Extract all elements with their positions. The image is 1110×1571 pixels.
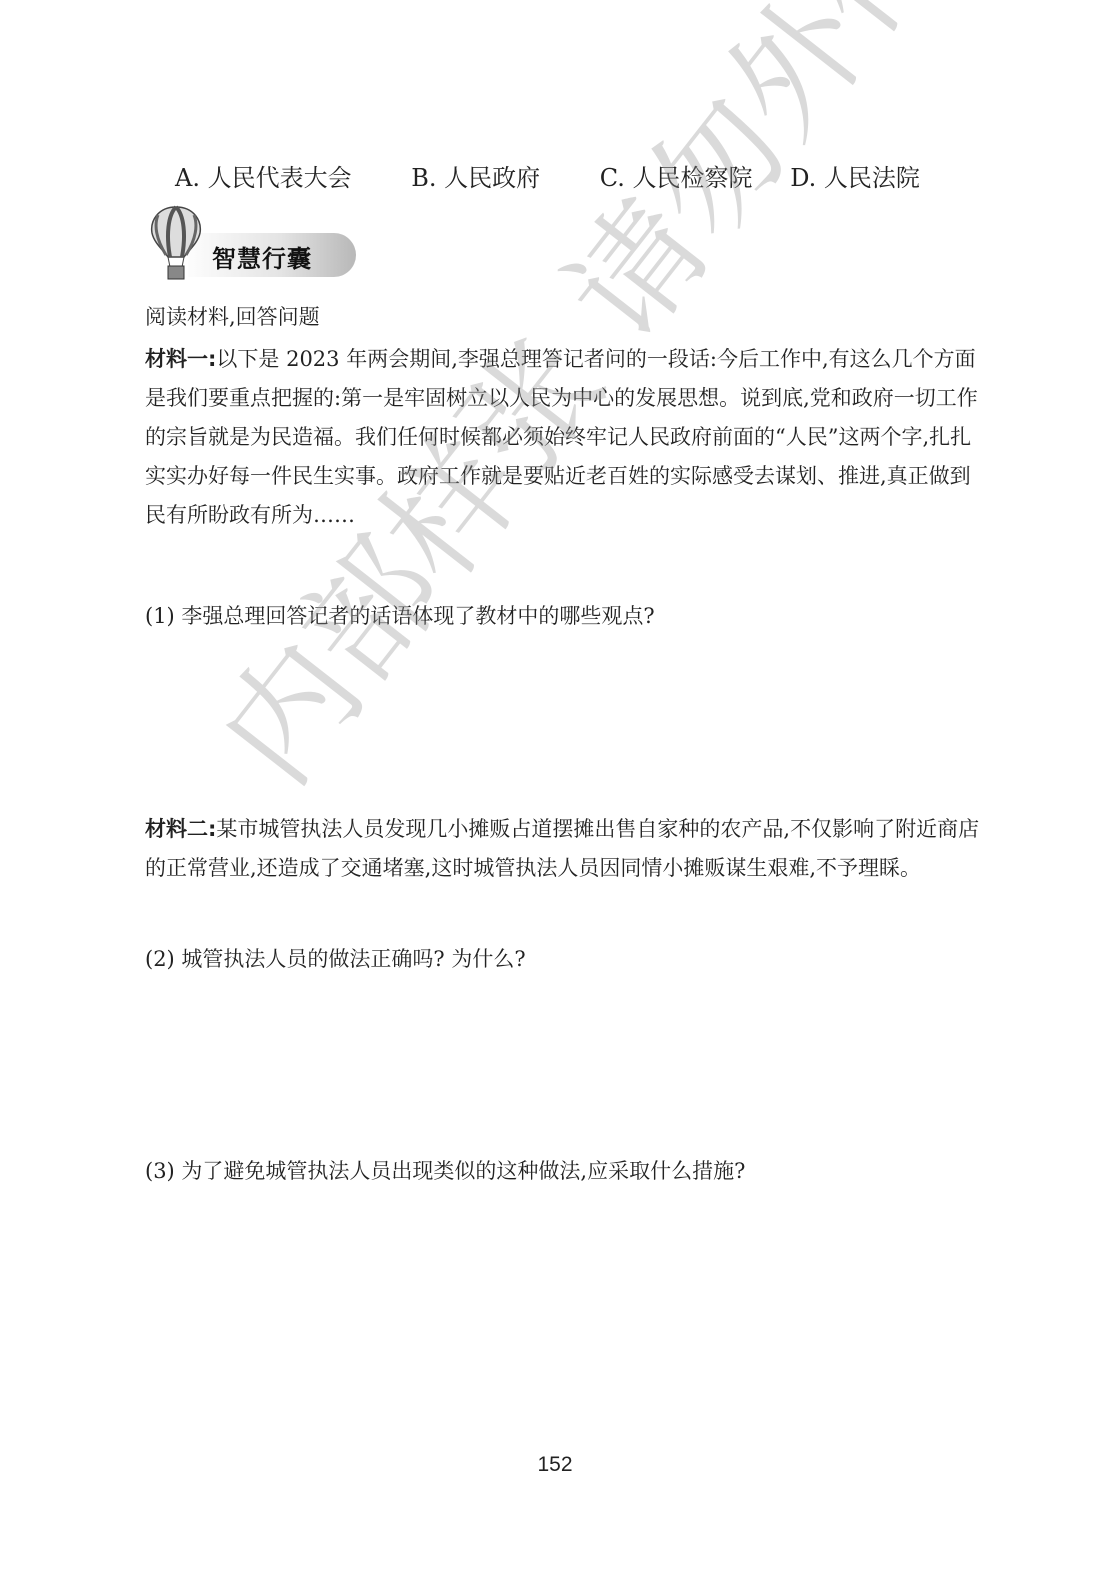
instruction: 阅读材料,回答问题: [145, 298, 985, 337]
answer-options: A. 人民代表大会 B. 人民政府 C. 人民检察院 D. 人民法院: [175, 158, 920, 193]
section-title: 智慧行囊: [212, 239, 312, 274]
material-one: 材料一:以下是 2023 年两会期间,李强总理答记者问的一段话:今后工作中,有这…: [145, 340, 985, 535]
material-two-label: 材料二:: [145, 817, 216, 841]
material-two-text: 某市城管执法人员发现几小摊贩占道摆摊出售自家种的农产品,不仅影响了附近商店的正常…: [145, 817, 979, 880]
material-two: 材料二:某市城管执法人员发现几小摊贩占道摆摊出售自家种的农产品,不仅影响了附近商…: [145, 810, 985, 888]
question-2: (2) 城管执法人员的做法正确吗? 为什么?: [145, 940, 985, 979]
option-c: C. 人民检察院: [600, 158, 753, 193]
option-d: D. 人民法院: [790, 158, 920, 193]
hot-air-balloon-icon: [148, 205, 204, 281]
material-one-label: 材料一:: [145, 347, 216, 371]
material-one-text: 以下是 2023 年两会期间,李强总理答记者问的一段话:今后工作中,有这么几个方…: [145, 347, 978, 527]
page-number: 152: [0, 1453, 1110, 1477]
section-banner: 智慧行囊: [148, 205, 358, 285]
question-1: (1) 李强总理回答记者的话语体现了教材中的哪些观点?: [145, 597, 985, 636]
option-b: B. 人民政府: [411, 158, 540, 193]
question-3: (3) 为了避免城管执法人员出现类似的这种做法,应采取什么措施?: [145, 1152, 985, 1191]
option-a: A. 人民代表大会: [175, 158, 352, 193]
section-title-pill: 智慧行囊: [188, 233, 356, 277]
